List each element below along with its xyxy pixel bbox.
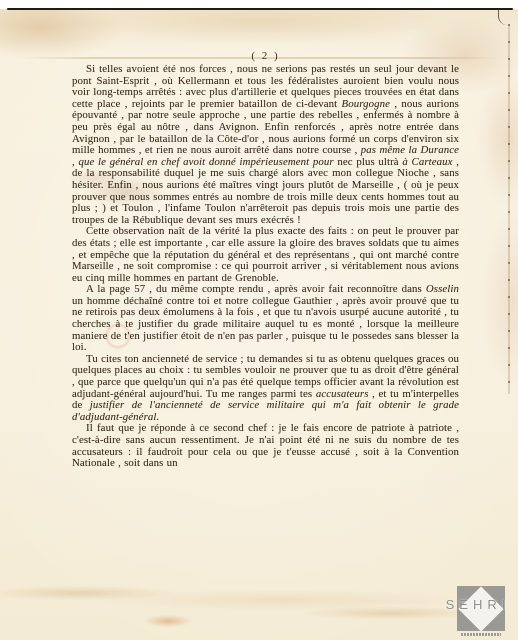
- text-segment: accusateurs: [316, 388, 369, 400]
- text-segment: justifier de l'ancienneté de service mil…: [72, 399, 459, 423]
- scanned-document-page: ( 2 ) Si telles avoient été nos forces ,…: [0, 0, 518, 640]
- watermark-text: SEHRI: [438, 597, 518, 612]
- paragraph: Si telles avoient été nos forces , nous …: [72, 64, 459, 226]
- page-text: Si telles avoient été nos forces , nous …: [72, 64, 459, 470]
- text-segment: un homme déchaîné contre toi et notre co…: [72, 295, 459, 353]
- text-segment: Osselin: [426, 283, 459, 295]
- binding-crease: [508, 24, 510, 394]
- watermark-tagline: [461, 633, 501, 636]
- page-number: ( 2 ): [72, 50, 459, 62]
- text-segment: Bourgogne: [342, 98, 390, 110]
- paragraph: Cette observation naît de la vérité la p…: [72, 226, 459, 284]
- text-segment: à Carteaux: [402, 156, 452, 168]
- text-segment: Cette observation naît de la vérité la p…: [72, 225, 459, 283]
- scan-top-edge-line: [7, 8, 513, 10]
- paragraph: A la page 57 , du même compte rendu , ap…: [72, 284, 459, 354]
- paragraph: Tu cites ton ancienneté de service ; tu …: [72, 354, 459, 424]
- sehri-watermark: SEHRI: [438, 584, 518, 640]
- text-segment: nec plus ultrà: [334, 156, 403, 168]
- text-segment: A la page 57 , du même compte rendu , ap…: [86, 283, 426, 295]
- paragraph: Il faut que je réponde à ce second chef …: [72, 423, 459, 469]
- text-segment: Il faut que je réponde à ce second chef …: [72, 422, 459, 469]
